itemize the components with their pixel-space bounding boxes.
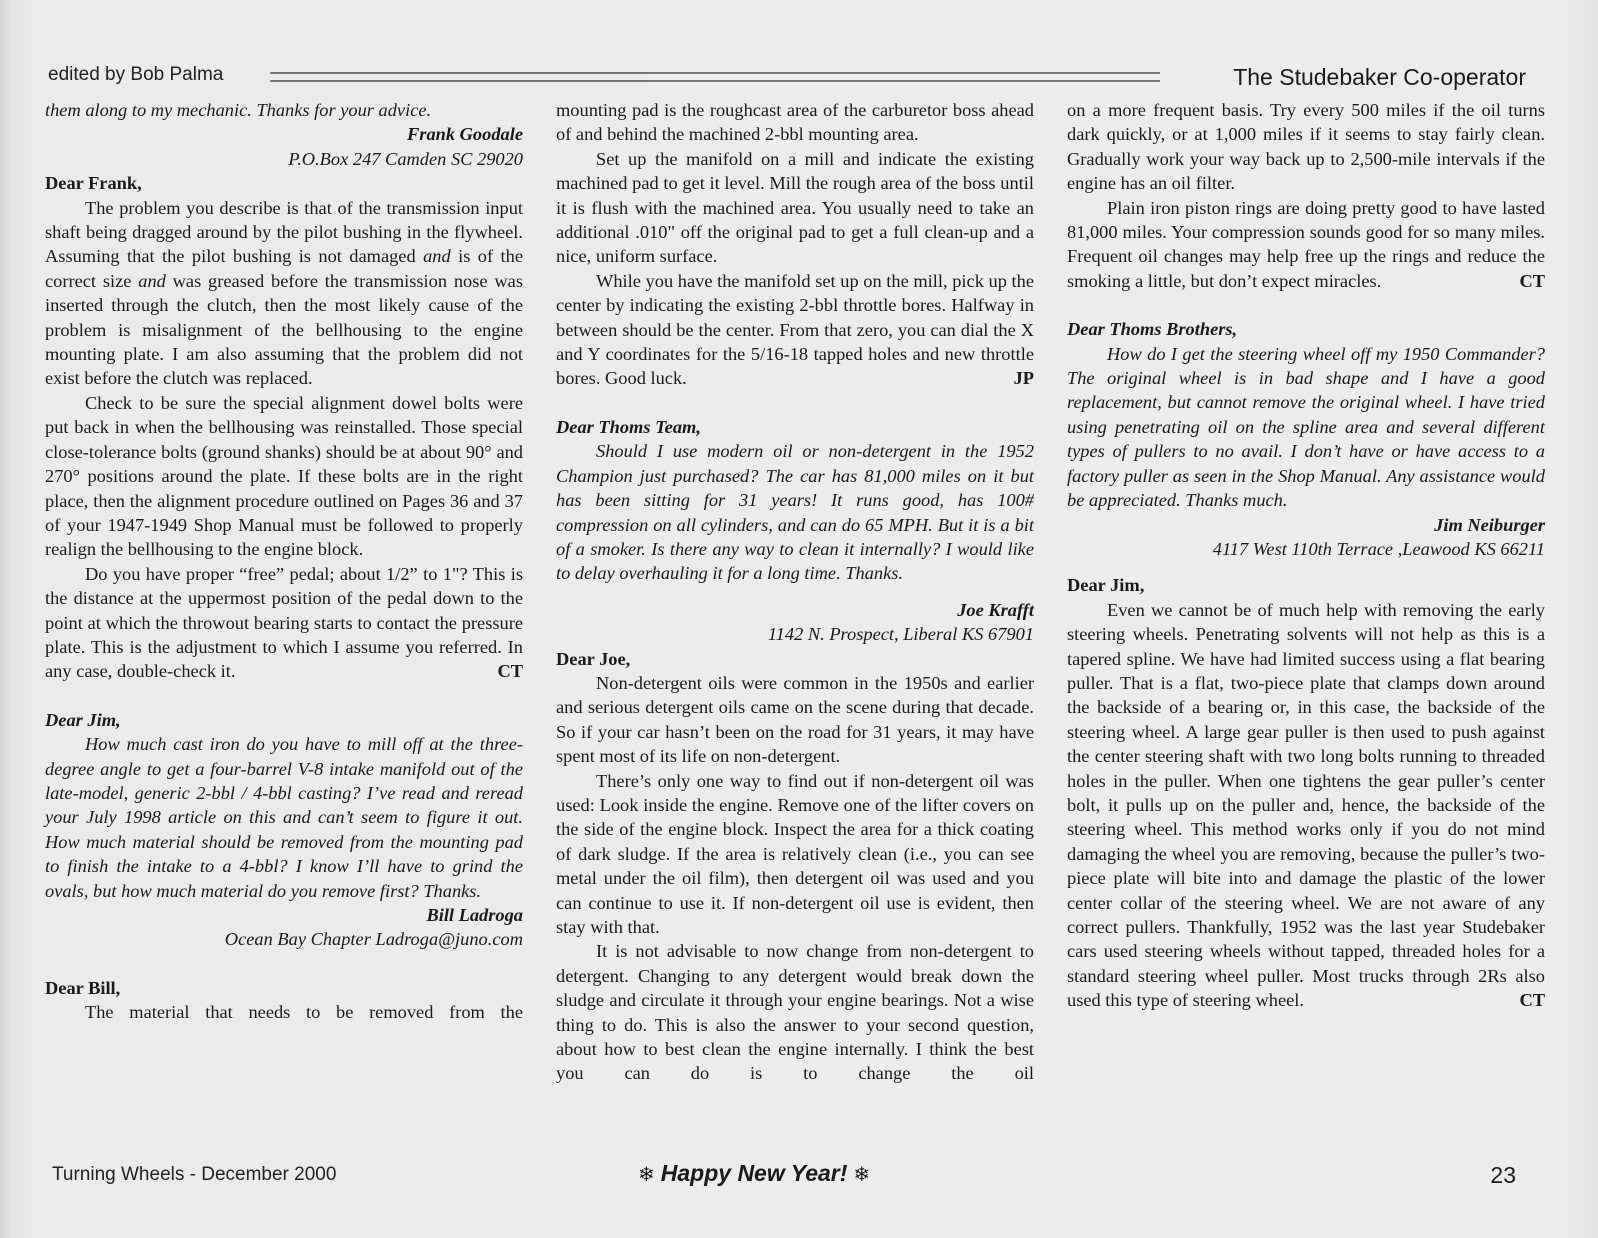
reply-salutation: Dear Joe, — [556, 647, 1034, 671]
responder-initials: CT — [1479, 988, 1545, 1012]
emphasis: and — [423, 246, 451, 266]
spacer — [45, 684, 523, 708]
letter-salutation: Dear Jim, — [45, 708, 523, 732]
text-run: While you have the manifold set up on th… — [556, 271, 1034, 389]
editor-credit: edited by Bob Palma — [48, 64, 223, 86]
reply-paragraph: While you have the manifold set up on th… — [556, 269, 1034, 391]
reply-paragraph: Set up the manifold on a mill and indica… — [556, 147, 1034, 269]
snowflake-icon: ❄ — [638, 1164, 655, 1186]
reply-paragraph: There’s only one way to find out if non-… — [556, 769, 1034, 940]
header-double-rule — [270, 72, 1160, 82]
greeting-text: Happy New Year! — [661, 1160, 848, 1186]
letter-salutation: Dear Thoms Brothers, — [1067, 317, 1545, 341]
magazine-page: edited by Bob Palma The Studebaker Co-op… — [0, 0, 1598, 1238]
reply-paragraph: Non-detergent oils were common in the 19… — [556, 671, 1034, 769]
column-3: on a more frequent basis. Try every 500 … — [1067, 98, 1545, 1013]
responder-initials: CT — [1479, 269, 1545, 293]
letter-salutation: Dear Thoms Team, — [556, 415, 1034, 439]
text-run: Even we cannot be of much help with remo… — [1067, 600, 1545, 1011]
letter-signature: Bill Ladroga — [45, 903, 523, 927]
reply-paragraph: Plain iron piston rings are doing pretty… — [1067, 196, 1545, 294]
letter-text: them along to my mechanic. Thanks for yo… — [45, 98, 523, 122]
reply-salutation: Dear Frank, — [45, 171, 523, 195]
spacer — [1067, 293, 1545, 317]
reply-paragraph: Do you have proper “free” pedal; about 1… — [45, 562, 523, 684]
responder-initials: CT — [457, 659, 523, 683]
spacer — [45, 952, 523, 976]
publication-issue: Turning Wheels - December 2000 — [52, 1164, 336, 1186]
page-number: 23 — [1490, 1162, 1516, 1189]
reply-paragraph: mounting pad is the roughcast area of th… — [556, 98, 1034, 147]
reply-salutation: Dear Jim, — [1067, 573, 1545, 597]
column-2: mounting pad is the roughcast area of th… — [556, 98, 1034, 1086]
page-header: edited by Bob Palma The Studebaker Co-op… — [48, 60, 1526, 96]
reply-paragraph: on a more frequent basis. Try every 500 … — [1067, 98, 1545, 196]
letter-signature: Joe Krafft — [556, 598, 1034, 622]
column-1: them along to my mechanic. Thanks for yo… — [45, 98, 523, 1025]
letter-signature: Frank Goodale — [45, 122, 523, 146]
reply-paragraph: Even we cannot be of much help with remo… — [1067, 598, 1545, 1013]
letter-address: 4117 West 110th Terrace ,Leawood KS 6621… — [1067, 537, 1545, 561]
footer-greeting: ❄Happy New Year!❄ — [632, 1160, 876, 1187]
spacer — [556, 391, 1034, 415]
spacer — [556, 586, 1034, 598]
reply-paragraph: It is not advisable to now change from n… — [556, 939, 1034, 1085]
letter-text: How much cast iron do you have to mill o… — [45, 732, 523, 903]
reply-paragraph: Check to be sure the special alignment d… — [45, 391, 523, 562]
letter-address: P.O.Box 247 Camden SC 29020 — [45, 147, 523, 171]
responder-initials: JP — [974, 366, 1034, 390]
letter-signature: Jim Neiburger — [1067, 513, 1545, 537]
letter-address: Ocean Bay Chapter Ladroga@juno.com — [45, 927, 523, 951]
text-run: Plain iron piston rings are doing pretty… — [1067, 198, 1545, 291]
reply-paragraph: The material that needs to be removed fr… — [45, 1000, 523, 1024]
reply-paragraph: The problem you describe is that of the … — [45, 196, 523, 391]
column-title: The Studebaker Co-operator — [1233, 64, 1526, 91]
page-footer: Turning Wheels - December 2000 ❄Happy Ne… — [52, 1160, 1526, 1200]
emphasis: and — [138, 271, 166, 291]
reply-salutation: Dear Bill, — [45, 976, 523, 1000]
text-run: Do you have proper “free” pedal; about 1… — [45, 564, 523, 682]
snowflake-icon: ❄ — [853, 1164, 870, 1186]
letter-text: Should I use modern oil or non-detergent… — [556, 439, 1034, 585]
letter-text: How do I get the steering wheel off my 1… — [1067, 342, 1545, 513]
spacer — [1067, 561, 1545, 573]
letter-address: 1142 N. Prospect, Liberal KS 67901 — [556, 622, 1034, 646]
